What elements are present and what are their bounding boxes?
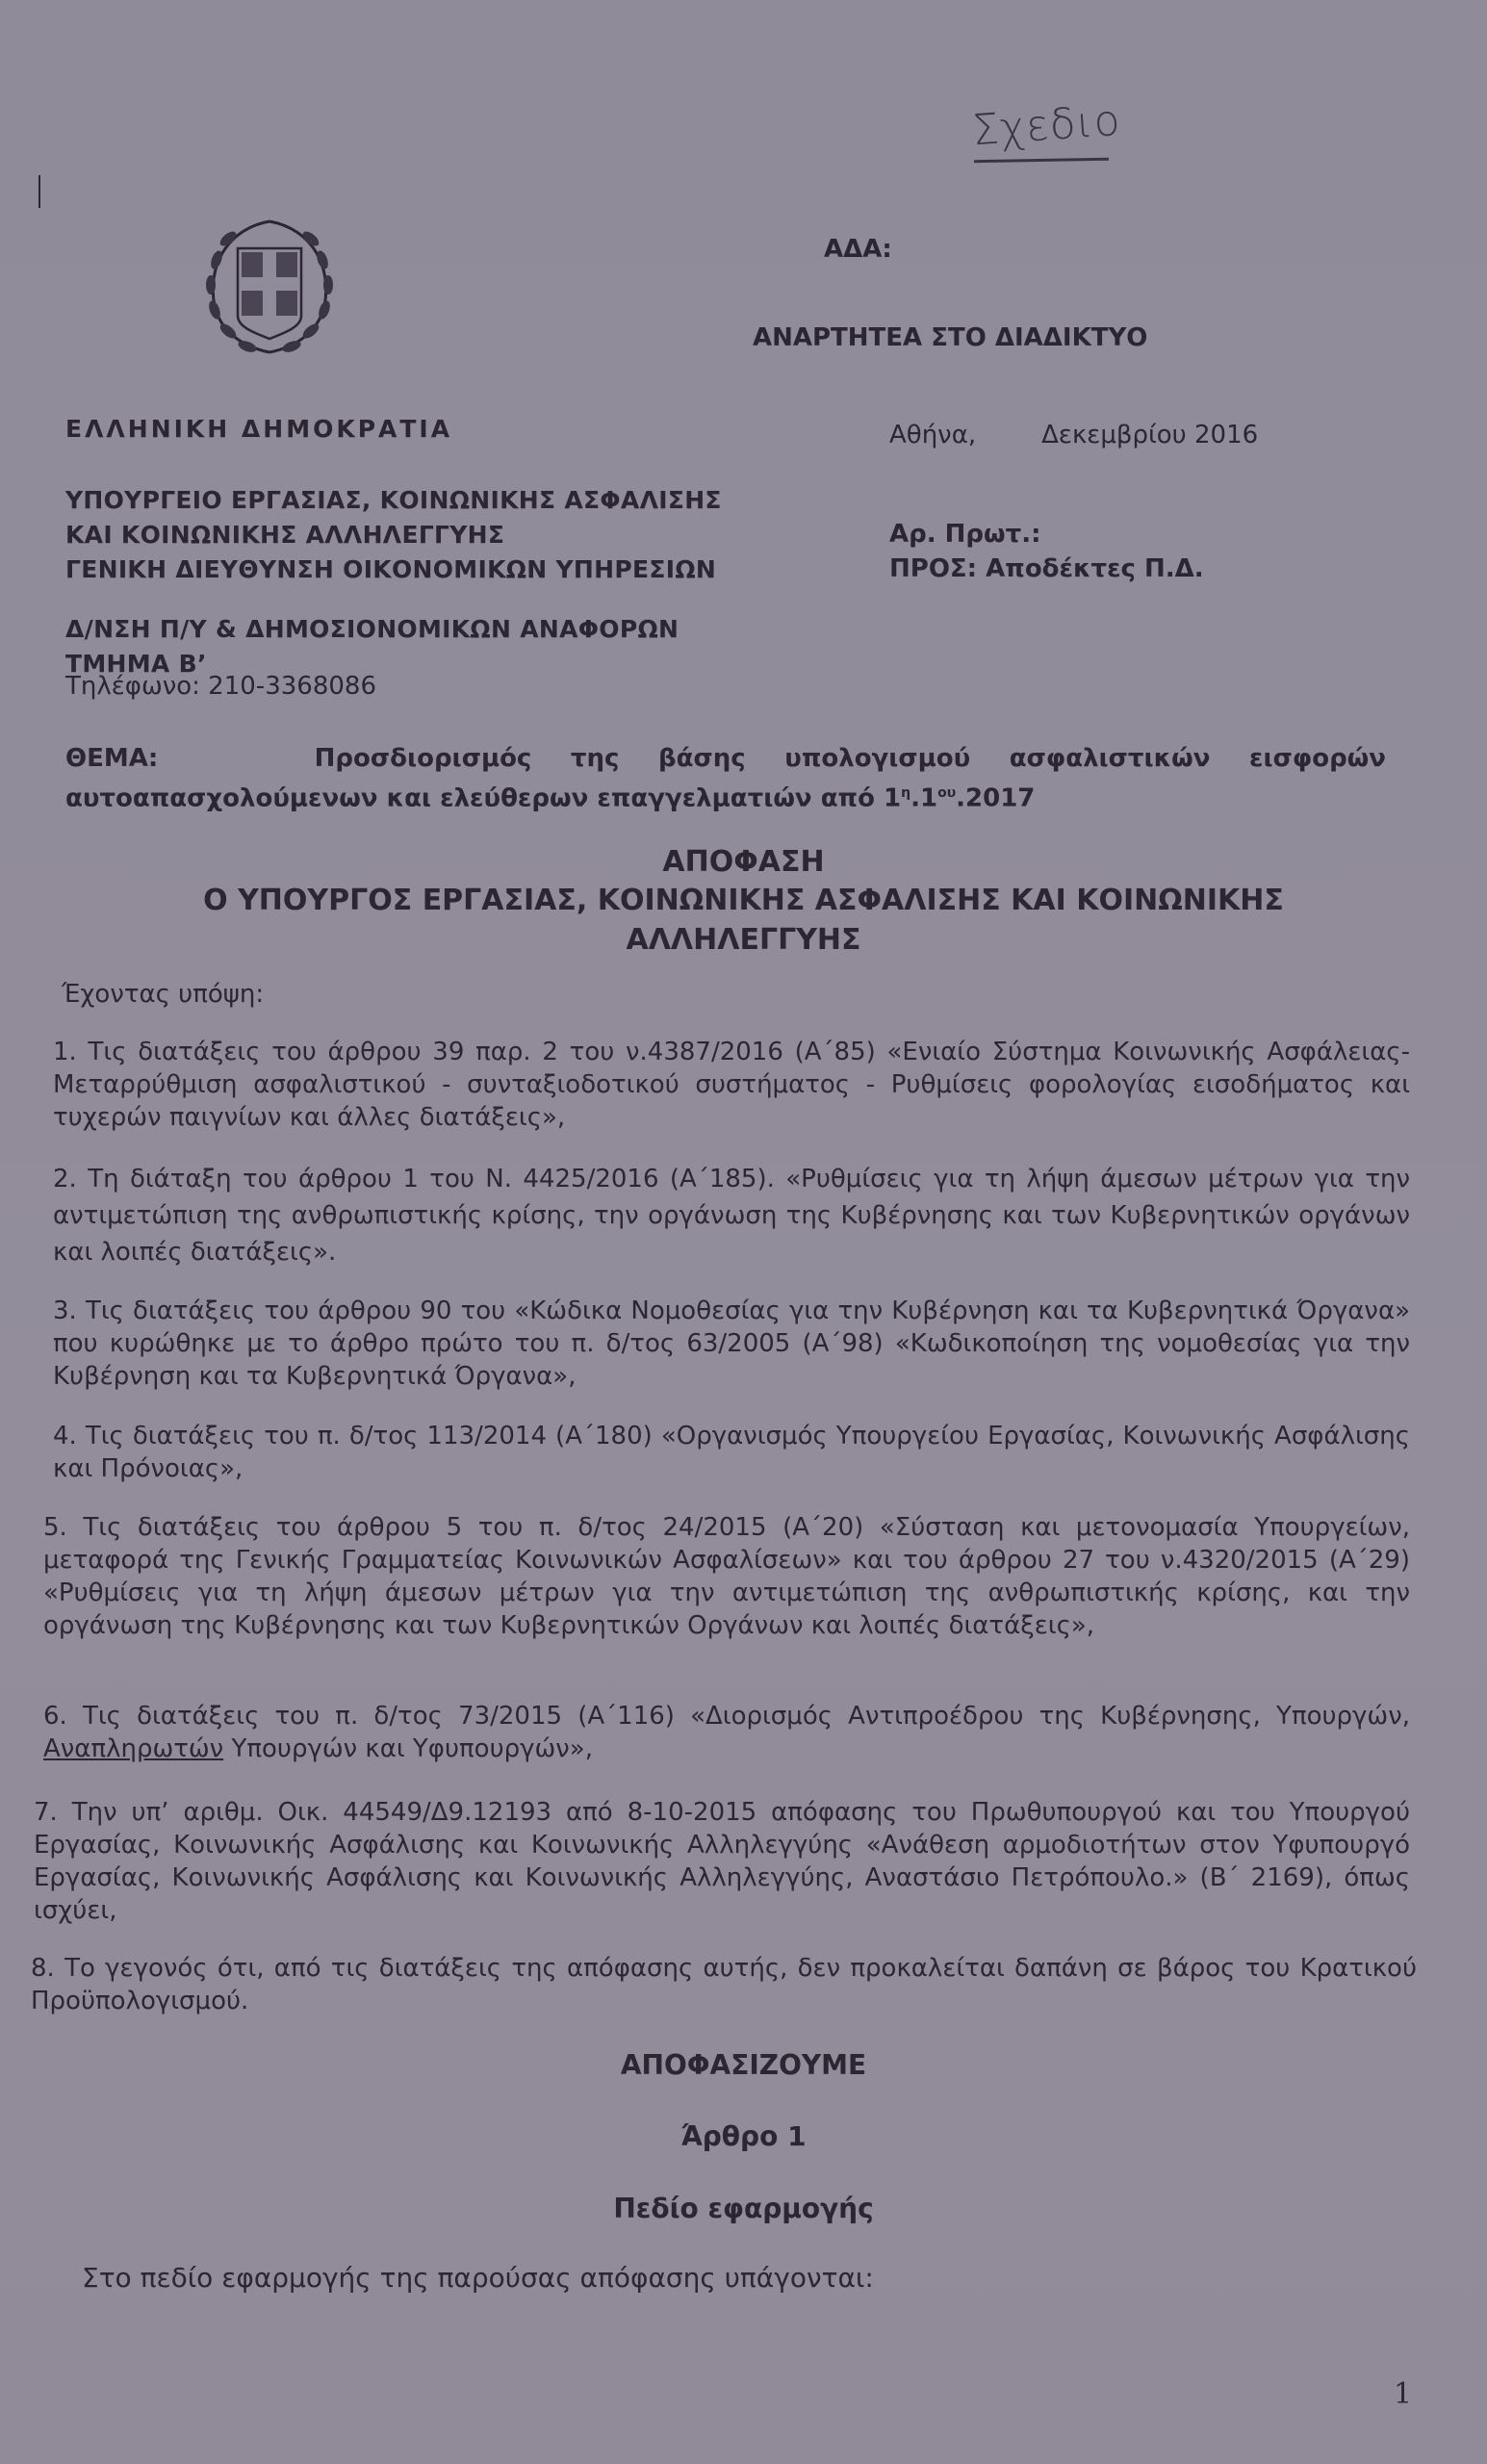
consideration-3: 3. Τις διατάξεις του άρθρου 90 του «Κώδι… [53, 1295, 1410, 1393]
consideration-6-text-end: Υπουργών και Υφυπουργών», [223, 1734, 593, 1763]
consideration-6: 6. Τις διατάξεις του π. δ/τος 73/2015 (Α… [43, 1700, 1410, 1765]
place: Αθήνα, [889, 421, 976, 449]
consideration-2: 2. Τη διάταξη του άρθρου 1 του Ν. 4425/2… [53, 1161, 1410, 1270]
minister-heading-line2: ΑΛΛΗΛΕΓΓΥΗΣ [0, 921, 1487, 960]
consideration-8: 8. Το γεγονός ότι, από τις διατάξεις της… [31, 1952, 1417, 2017]
minister-heading-line1: Ο ΥΠΟΥΡΓΟΣ ΕΡΓΑΣΙΑΣ, ΚΟΙΝΩΝΙΚΗΣ ΑΣΦΑΛΙΣΗ… [0, 882, 1487, 920]
we-decide-heading: ΑΠΟΦΑΣΙΖΟΥΜΕ [0, 2046, 1487, 2085]
ordinal-suffix: η [901, 785, 910, 801]
greek-coat-of-arms-icon [197, 210, 342, 359]
subject-text-end: .2017 [956, 784, 1035, 813]
subject-label: ΘΕΜΑ: [65, 744, 158, 773]
place-date: Αθήνα,Δεκεμβρίου 2016 [889, 421, 1258, 449]
publish-notice: ΑΝΑΡΤΗΤΕΑ ΣΤΟ ΔΙΑΔΙΚΤΥΟ [753, 323, 1147, 352]
ministry-line: ΥΠΟΥΡΓΕΙΟ ΕΡΓΑΣΙΑΣ, ΚΟΙΝΩΝΙΚΗΣ ΑΣΦΑΛΙΣΗΣ [65, 483, 722, 518]
protocol-block: Αρ. Πρωτ.: ΠΡΟΣ: Αποδέκτες Π.Δ. [889, 517, 1204, 586]
subject-text-mid: .1 [910, 784, 937, 813]
article-title: Άρθρο 1 [0, 2117, 1487, 2156]
ministry-block: ΥΠΟΥΡΓΕΙΟ ΕΡΓΑΣΙΑΣ, ΚΟΙΝΩΝΙΚΗΣ ΑΣΦΑΛΙΣΗΣ… [65, 483, 722, 587]
underlined-word: Αναπληρωτών [43, 1734, 223, 1763]
article-intro: Στο πεδίο εφαρμογής της παρούσας απόφαση… [82, 2262, 874, 2294]
consideration-7: 7. Την υπ’ αριθμ. Οικ. 44549/Δ9.12193 απ… [34, 1796, 1410, 1927]
phone-number: Τηλέφωνο: 210-3368086 [65, 672, 376, 701]
ada-label: ΑΔΑ: [824, 235, 892, 264]
page-number: 1 [1394, 2377, 1412, 2411]
ministry-line: ΓΕΝΙΚΗ ΔΙΕΥΘΥΝΣΗ ΟΙΚΟΝΟΜΙΚΩΝ ΥΠΗΡΕΣΙΩΝ [65, 552, 722, 587]
consideration-4: 4. Τις διατάξεις του π. δ/τος 113/2014 (… [53, 1420, 1410, 1485]
consideration-6-text: 6. Τις διατάξεις του π. δ/τος 73/2015 (Α… [43, 1702, 1410, 1731]
article-heading: Πεδίο εφαρμογής [0, 2190, 1487, 2228]
protocol-number-label: Αρ. Πρωτ.: [889, 517, 1204, 552]
subject-text: Προσδιορισμός της βάσης υπολογισμού ασφα… [65, 744, 1386, 813]
date: Δεκεμβρίου 2016 [1041, 421, 1258, 449]
consideration-1: 1. Τις διατάξεις του άρθρου 39 παρ. 2 το… [53, 1036, 1410, 1134]
subject: ΘΕΜΑ: Προσδιορισμός της βάσης υπολογισμο… [65, 741, 1386, 816]
handwritten-draft-label: Σχεδιο [970, 96, 1122, 156]
decision-title: ΑΠΟΦΑΣΗ [0, 843, 1487, 882]
republic-heading: ΕΛΛΗΝΙΚΗ ΔΗΜΟΚΡΑΤΙΑ [65, 412, 452, 447]
having-regard: Έχοντας υπόψη: [62, 980, 264, 1009]
division-line: Δ/ΝΣΗ Π/Υ & ΔΗΜΟΣΙΟΝΟΜΙΚΩΝ ΑΝΑΦΟΡΩΝ [65, 612, 679, 647]
ministry-line: ΚΑΙ ΚΟΙΝΩΝΙΚΗΣ ΑΛΛΗΛΕΓΓΥΗΣ [65, 518, 722, 552]
recipients: ΠΡΟΣ: Αποδέκτες Π.Δ. [889, 552, 1204, 586]
consideration-5: 5. Τις διατάξεις του άρθρου 5 του π. δ/τ… [43, 1511, 1410, 1642]
ordinal-suffix: ου [937, 785, 956, 801]
handwritten-underline [974, 158, 1109, 163]
margin-mark [38, 175, 40, 208]
